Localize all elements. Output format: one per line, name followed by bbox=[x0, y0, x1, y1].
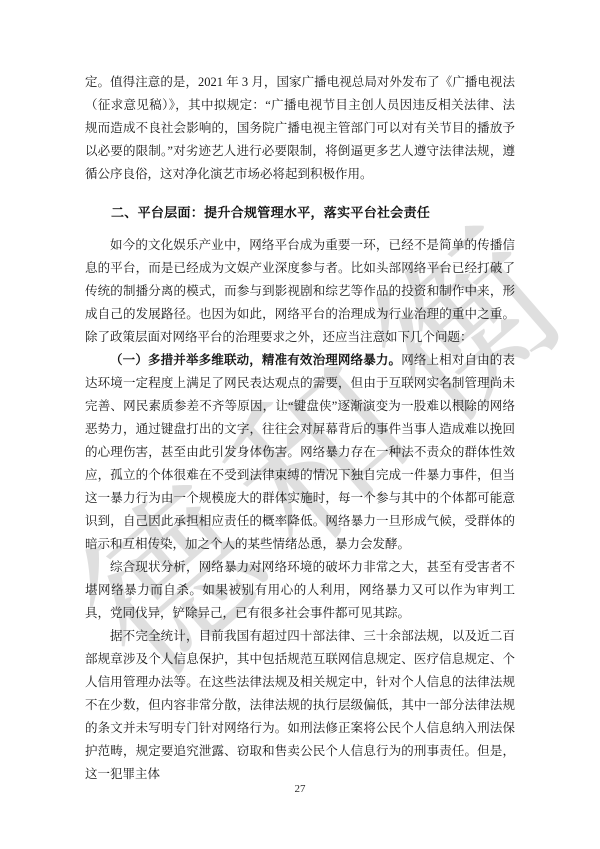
paragraph-cyber-violence: （一）多措并举多维联动，精准有效治理网络暴力。网络上相对自由的表达环境一定程度上… bbox=[85, 349, 515, 556]
page-content: 定。值得注意的是，2021 年 3 月，国家广播电视总局对外发布了《广播电视法（… bbox=[85, 71, 515, 786]
paragraph-broadcast-law: 定。值得注意的是，2021 年 3 月，国家广播电视总局对外发布了《广播电视法（… bbox=[85, 71, 515, 186]
paragraph-violence-impact: 综合现状分析，网络暴力对网络环境的破坏力非常之大，甚至有受害者不堪网络暴力而自杀… bbox=[85, 556, 515, 625]
paragraph-platform-role: 如今的文化娱乐产业中，网络平台成为重要一环，已经不是简单的传播信息的平台，而是已… bbox=[85, 234, 515, 349]
subheading-cyber-violence-bold: （一）多措并举多维联动，精准有效治理网络暴力。 bbox=[110, 353, 401, 367]
page-number: 27 bbox=[0, 783, 600, 795]
paragraph-legislation-stats: 据不完全统计，目前我国有超过四十部法律、三十余部法规，以及近二百部规章涉及个人信… bbox=[85, 625, 515, 786]
paragraph-cyber-violence-text: 网络上相对自由的表达环境一定程度上满足了网民表达观点的需要，但由于互联网实名制管… bbox=[85, 353, 515, 551]
document-page: 德和衡 定。值得注意的是，2021 年 3 月，国家广播电视总局对外发布了《广播… bbox=[0, 0, 600, 849]
section-heading: 二、平台层面：提升合规管理水平，落实平台社会责任 bbox=[85, 201, 515, 224]
